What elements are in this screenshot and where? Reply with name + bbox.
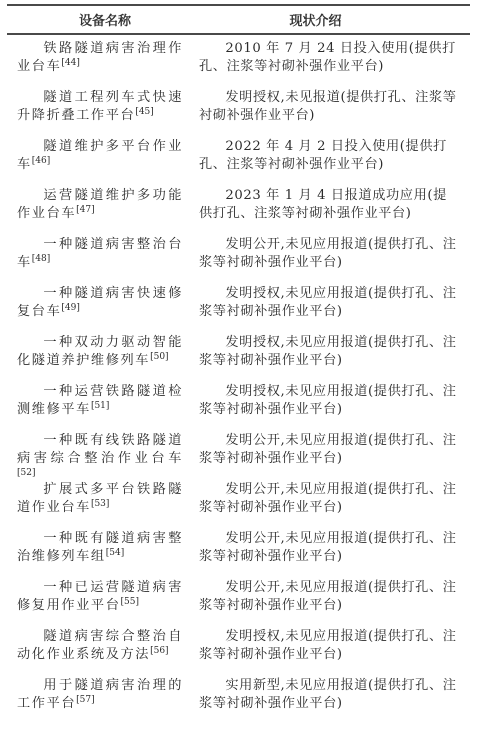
equipment-name-cell: 运营隧道维护多功能作业台车[47] xyxy=(7,187,189,236)
equipment-name: 运营隧道维护多功能作业台车 xyxy=(17,188,183,221)
equipment-name-cell: 一种既有隧道病害整治维修列车组[54] xyxy=(7,530,189,579)
status-description-cell: 2010 年 7 月 24 日投入使用(提供打孔、注浆等衬砌补强作业平台) xyxy=(189,40,470,89)
reference-citation[interactable]: [49] xyxy=(61,303,79,313)
equipment-name-cell: 一种双动力驱动智能化隧道养护维修列车[50] xyxy=(7,334,189,383)
equipment-name-cell: 隧道维护多平台作业车[46] xyxy=(7,138,189,187)
reference-citation[interactable]: [57] xyxy=(76,695,94,705)
table-header-row: 设备名称 现状介绍 xyxy=(7,6,470,33)
table-body: 铁路隧道病害治理作业台车[44] 2010 年 7 月 24 日投入使用(提供打… xyxy=(7,35,470,726)
reference-citation[interactable]: [48] xyxy=(32,254,50,264)
table-row: 隧道病害综合整治自动化作业系统及方法[56] 发明授权,未见应用报道(提供打孔、… xyxy=(7,628,470,677)
header-equipment-name: 设备名称 xyxy=(7,10,185,29)
reference-citation[interactable]: [45] xyxy=(135,107,153,117)
equipment-name: 一种既有线铁路隧道病害综合整治作业台车 xyxy=(17,433,183,466)
reference-citation[interactable]: [46] xyxy=(32,156,50,166)
status-description-cell: 发明公开,未见应用报道(提供打孔、注浆等衬砌补强作业平台) xyxy=(189,236,470,285)
reference-citation[interactable]: [50] xyxy=(150,352,168,362)
reference-citation[interactable]: [54] xyxy=(106,548,124,558)
status-description-cell: 发明授权,未见应用报道(提供打孔、注浆等衬砌补强作业平台) xyxy=(189,285,470,334)
table-row: 一种已运营隧道病害修复用作业平台[55] 发明公开,未见应用报道(提供打孔、注浆… xyxy=(7,579,470,628)
status-description-cell: 2022 年 4 月 2 日投入使用(提供打孔、注浆等衬砌补强作业平台) xyxy=(189,138,470,187)
reference-citation[interactable]: [44] xyxy=(61,58,79,68)
equipment-name: 一种隧道病害快速修复台车 xyxy=(17,286,183,319)
equipment-name-cell: 扩展式多平台铁路隧道作业台车[53] xyxy=(7,481,189,530)
table-row: 用于隧道病害治理的工作平台[57] 实用新型,未见应用报道(提供打孔、注浆等衬砌… xyxy=(7,677,470,726)
equipment-name-cell: 隧道工程列车式快速升降折叠工作平台[45] xyxy=(7,89,189,138)
status-description-cell: 发明公开,未见应用报道(提供打孔、注浆等衬砌补强作业平台) xyxy=(189,432,470,481)
equipment-name: 一种既有隧道病害整治维修列车组 xyxy=(17,531,183,564)
table-row: 一种双动力驱动智能化隧道养护维修列车[50] 发明授权,未见应用报道(提供打孔、… xyxy=(7,334,470,383)
equipment-name-cell: 一种已运营隧道病害修复用作业平台[55] xyxy=(7,579,189,628)
equipment-name-cell: 一种既有线铁路隧道病害综合整治作业台车[52] xyxy=(7,432,189,481)
reference-citation[interactable]: [51] xyxy=(91,401,109,411)
equipment-name: 一种已运营隧道病害修复用作业平台 xyxy=(17,580,183,613)
table-row: 一种隧道病害快速修复台车[49] 发明授权,未见应用报道(提供打孔、注浆等衬砌补… xyxy=(7,285,470,334)
table-row: 一种隧道病害整治台车[48] 发明公开,未见应用报道(提供打孔、注浆等衬砌补强作… xyxy=(7,236,470,285)
equipment-name: 用于隧道病害治理的工作平台 xyxy=(17,678,183,711)
header-status-description: 现状介绍 xyxy=(185,10,470,29)
equipment-name-cell: 铁路隧道病害治理作业台车[44] xyxy=(7,40,189,89)
table-row: 扩展式多平台铁路隧道作业台车[53] 发明公开,未见应用报道(提供打孔、注浆等衬… xyxy=(7,481,470,530)
reference-citation[interactable]: [55] xyxy=(121,597,139,607)
status-description-cell: 2023 年 1 月 4 日报道成功应用(提供打孔、注浆等衬砌补强作业平台) xyxy=(189,187,470,236)
equipment-name-cell: 用于隧道病害治理的工作平台[57] xyxy=(7,677,189,726)
equipment-name: 铁路隧道病害治理作业台车 xyxy=(17,41,183,74)
reference-citation[interactable]: [47] xyxy=(76,205,94,215)
status-description-cell: 发明公开,未见应用报道(提供打孔、注浆等衬砌补强作业平台) xyxy=(189,530,470,579)
equipment-table: 设备名称 现状介绍 铁路隧道病害治理作业台车[44] 2010 年 7 月 24… xyxy=(7,4,470,732)
table-row: 隧道工程列车式快速升降折叠工作平台[45] 发明授权,未见报道(提供打孔、注浆等… xyxy=(7,89,470,138)
equipment-name-cell: 隧道病害综合整治自动化作业系统及方法[56] xyxy=(7,628,189,677)
table-row: 一种既有隧道病害整治维修列车组[54] 发明公开,未见应用报道(提供打孔、注浆等… xyxy=(7,530,470,579)
table-row: 铁路隧道病害治理作业台车[44] 2010 年 7 月 24 日投入使用(提供打… xyxy=(7,40,470,89)
table-row: 隧道维护多平台作业车[46] 2022 年 4 月 2 日投入使用(提供打孔、注… xyxy=(7,138,470,187)
status-description-cell: 发明授权,未见应用报道(提供打孔、注浆等衬砌补强作业平台) xyxy=(189,334,470,383)
table-row: 运营隧道维护多功能作业台车[47] 2023 年 1 月 4 日报道成功应用(提… xyxy=(7,187,470,236)
status-description-cell: 发明授权,未见应用报道(提供打孔、注浆等衬砌补强作业平台) xyxy=(189,383,470,432)
reference-citation[interactable]: [56] xyxy=(150,646,168,656)
status-description-cell: 发明公开,未见应用报道(提供打孔、注浆等衬砌补强作业平台) xyxy=(189,481,470,530)
status-description-cell: 发明公开,未见应用报道(提供打孔、注浆等衬砌补强作业平台) xyxy=(189,579,470,628)
status-description-cell: 发明授权,未见应用报道(提供打孔、注浆等衬砌补强作业平台) xyxy=(189,628,470,677)
reference-citation[interactable]: [52] xyxy=(17,468,35,478)
equipment-name-cell: 一种隧道病害整治台车[48] xyxy=(7,236,189,285)
table-row: 一种既有线铁路隧道病害综合整治作业台车[52] 发明公开,未见应用报道(提供打孔… xyxy=(7,432,470,481)
table-row: 一种运营铁路隧道检测维修平车[51] 发明授权,未见应用报道(提供打孔、注浆等衬… xyxy=(7,383,470,432)
reference-citation[interactable]: [53] xyxy=(91,499,109,509)
status-description-cell: 发明授权,未见报道(提供打孔、注浆等衬砌补强作业平台) xyxy=(189,89,470,138)
equipment-name: 隧道工程列车式快速升降折叠工作平台 xyxy=(17,90,183,123)
equipment-name-cell: 一种运营铁路隧道检测维修平车[51] xyxy=(7,383,189,432)
status-description-cell: 实用新型,未见应用报道(提供打孔、注浆等衬砌补强作业平台) xyxy=(189,677,470,726)
equipment-name-cell: 一种隧道病害快速修复台车[49] xyxy=(7,285,189,334)
